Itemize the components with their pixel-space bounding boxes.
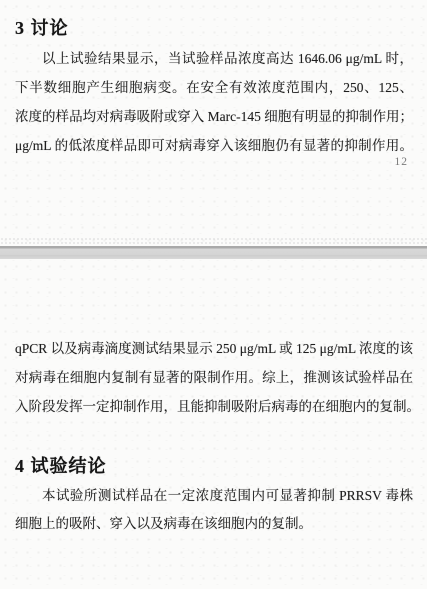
discussion-line: 对病毒在细胞内复制有显著的限制作用。综上，推测该试验样品在病毒吸附或穿 [15,363,413,392]
scanned-document-page: 3 讨论 以上试验结果显示，当试验样品浓度高达 1646.06 μg/mL 时，… [0,0,427,589]
discussion-line: 浓度的样品均对病毒吸附或穿入 Marc-145 细胞有明显的抑制作用；此外，15… [15,102,413,131]
discussion-line: 下半数细胞产生细胞病变。在安全有效浓度范围内，250、125、62.5 和 31… [15,73,413,102]
page-break-separator [0,246,427,259]
page-number: 12 [395,156,409,168]
discussion-continued-paragraph: qPCR 以及病毒滴度测试结果显示 250 μg/mL 或 125 μg/mL … [15,334,413,421]
conclusion-line: 本试验所测试样品在一定浓度范围内可显著抑制 PRRSV 毒株在 Marc-145 [15,482,413,510]
section-4-heading: 4 试验结论 [15,452,107,478]
discussion-paragraph: 以上试验结果显示，当试验样品浓度高达 1646.06 μg/mL 时，会导致该条… [15,44,413,160]
section-3-heading: 3 讨论 [15,14,69,40]
discussion-line: 以上试验结果显示，当试验样品浓度高达 1646.06 μg/mL 时，会导致该条… [15,44,413,73]
conclusion-line: 细胞上的吸附、穿入以及病毒在该细胞内的复制。 [15,510,413,538]
conclusion-paragraph: 本试验所测试样品在一定浓度范围内可显著抑制 PRRSV 毒株在 Marc-145… [15,482,413,538]
discussion-line: 入阶段发挥一定抑制作用，且能抑制吸附后病毒的在细胞内的复制。 [15,392,413,421]
discussion-line: qPCR 以及病毒滴度测试结果显示 250 μg/mL 或 125 μg/mL … [15,334,413,363]
discussion-line: μg/mL 的低浓度样品即可对病毒穿入该细胞仍有显著的抑制作用。同时，在 RT- [15,131,413,160]
